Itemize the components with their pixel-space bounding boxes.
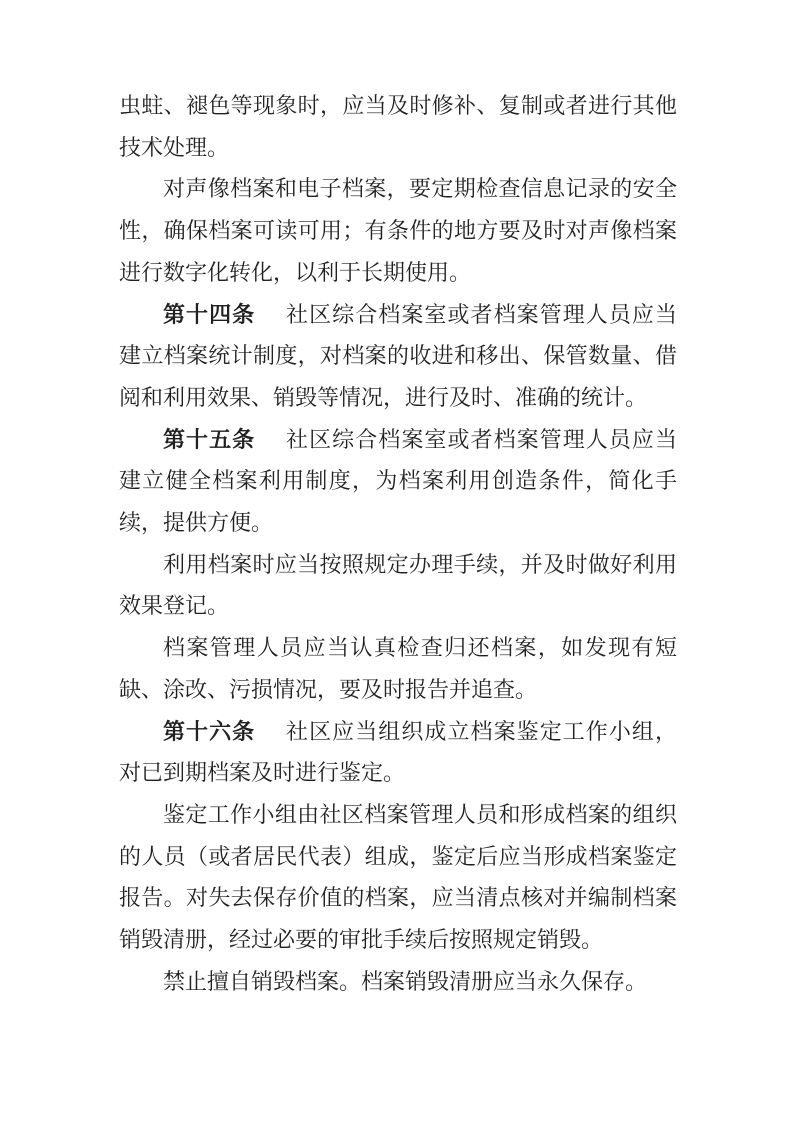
- article-14: 第十四条社区综合档案室或者档案管理人员应当建立档案统计制度，对档案的收进和移出、…: [119, 294, 677, 419]
- paragraph-text: 档案管理人员应当认真检查归还档案，如发现有短缺、涂改、污损情况，要及时报告并追查…: [119, 635, 677, 702]
- paragraph-return-inspection: 档案管理人员应当认真检查归还档案，如发现有短缺、涂改、污损情况，要及时报告并追查…: [119, 627, 677, 710]
- article-15: 第十五条社区综合档案室或者档案管理人员应当建立健全档案利用制度，为档案利用创造条…: [119, 419, 677, 544]
- paragraph-text: 利用档案时应当按照规定办理手续，并及时做好利用效果登记。: [119, 552, 677, 619]
- paragraph-av-electronic-archives: 对声像档案和电子档案，要定期检查信息记录的安全性，确保档案可读可用；有条件的地方…: [119, 168, 677, 293]
- document-text-block: 虫蛀、褪色等现象时，应当及时修补、复制或者进行其他技术处理。 对声像档案和电子档…: [119, 85, 677, 1002]
- paragraph-repair-continuation: 虫蛀、褪色等现象时，应当及时修补、复制或者进行其他技术处理。: [119, 85, 677, 168]
- paragraph-usage-procedures: 利用档案时应当按照规定办理手续，并及时做好利用效果登记。: [119, 544, 677, 627]
- document-page: 虫蛀、褪色等现象时，应当及时修补、复制或者进行其他技术处理。 对声像档案和电子档…: [0, 0, 793, 1122]
- paragraph-text: 虫蛀、褪色等现象时，应当及时修补、复制或者进行其他技术处理。: [119, 93, 677, 160]
- paragraph-text: 禁止擅自销毁档案。档案销毁清册应当永久保存。: [163, 969, 647, 994]
- article-14-number: 第十四条: [163, 302, 255, 327]
- paragraph-appraisal-group: 鉴定工作小组由社区档案管理人员和形成档案的组织的人员（或者居民代表）组成，鉴定后…: [119, 794, 677, 961]
- paragraph-text: 鉴定工作小组由社区档案管理人员和形成档案的组织的人员（或者居民代表）组成，鉴定后…: [119, 802, 677, 952]
- article-16-number: 第十六条: [163, 719, 255, 744]
- paragraph-text: 对声像档案和电子档案，要定期检查信息记录的安全性，确保档案可读可用；有条件的地方…: [119, 176, 677, 284]
- article-16: 第十六条社区应当组织成立档案鉴定工作小组，对已到期档案及时进行鉴定。: [119, 711, 677, 794]
- article-15-number: 第十五条: [163, 427, 255, 452]
- paragraph-destruction-prohibition: 禁止擅自销毁档案。档案销毁清册应当永久保存。: [119, 961, 677, 1003]
